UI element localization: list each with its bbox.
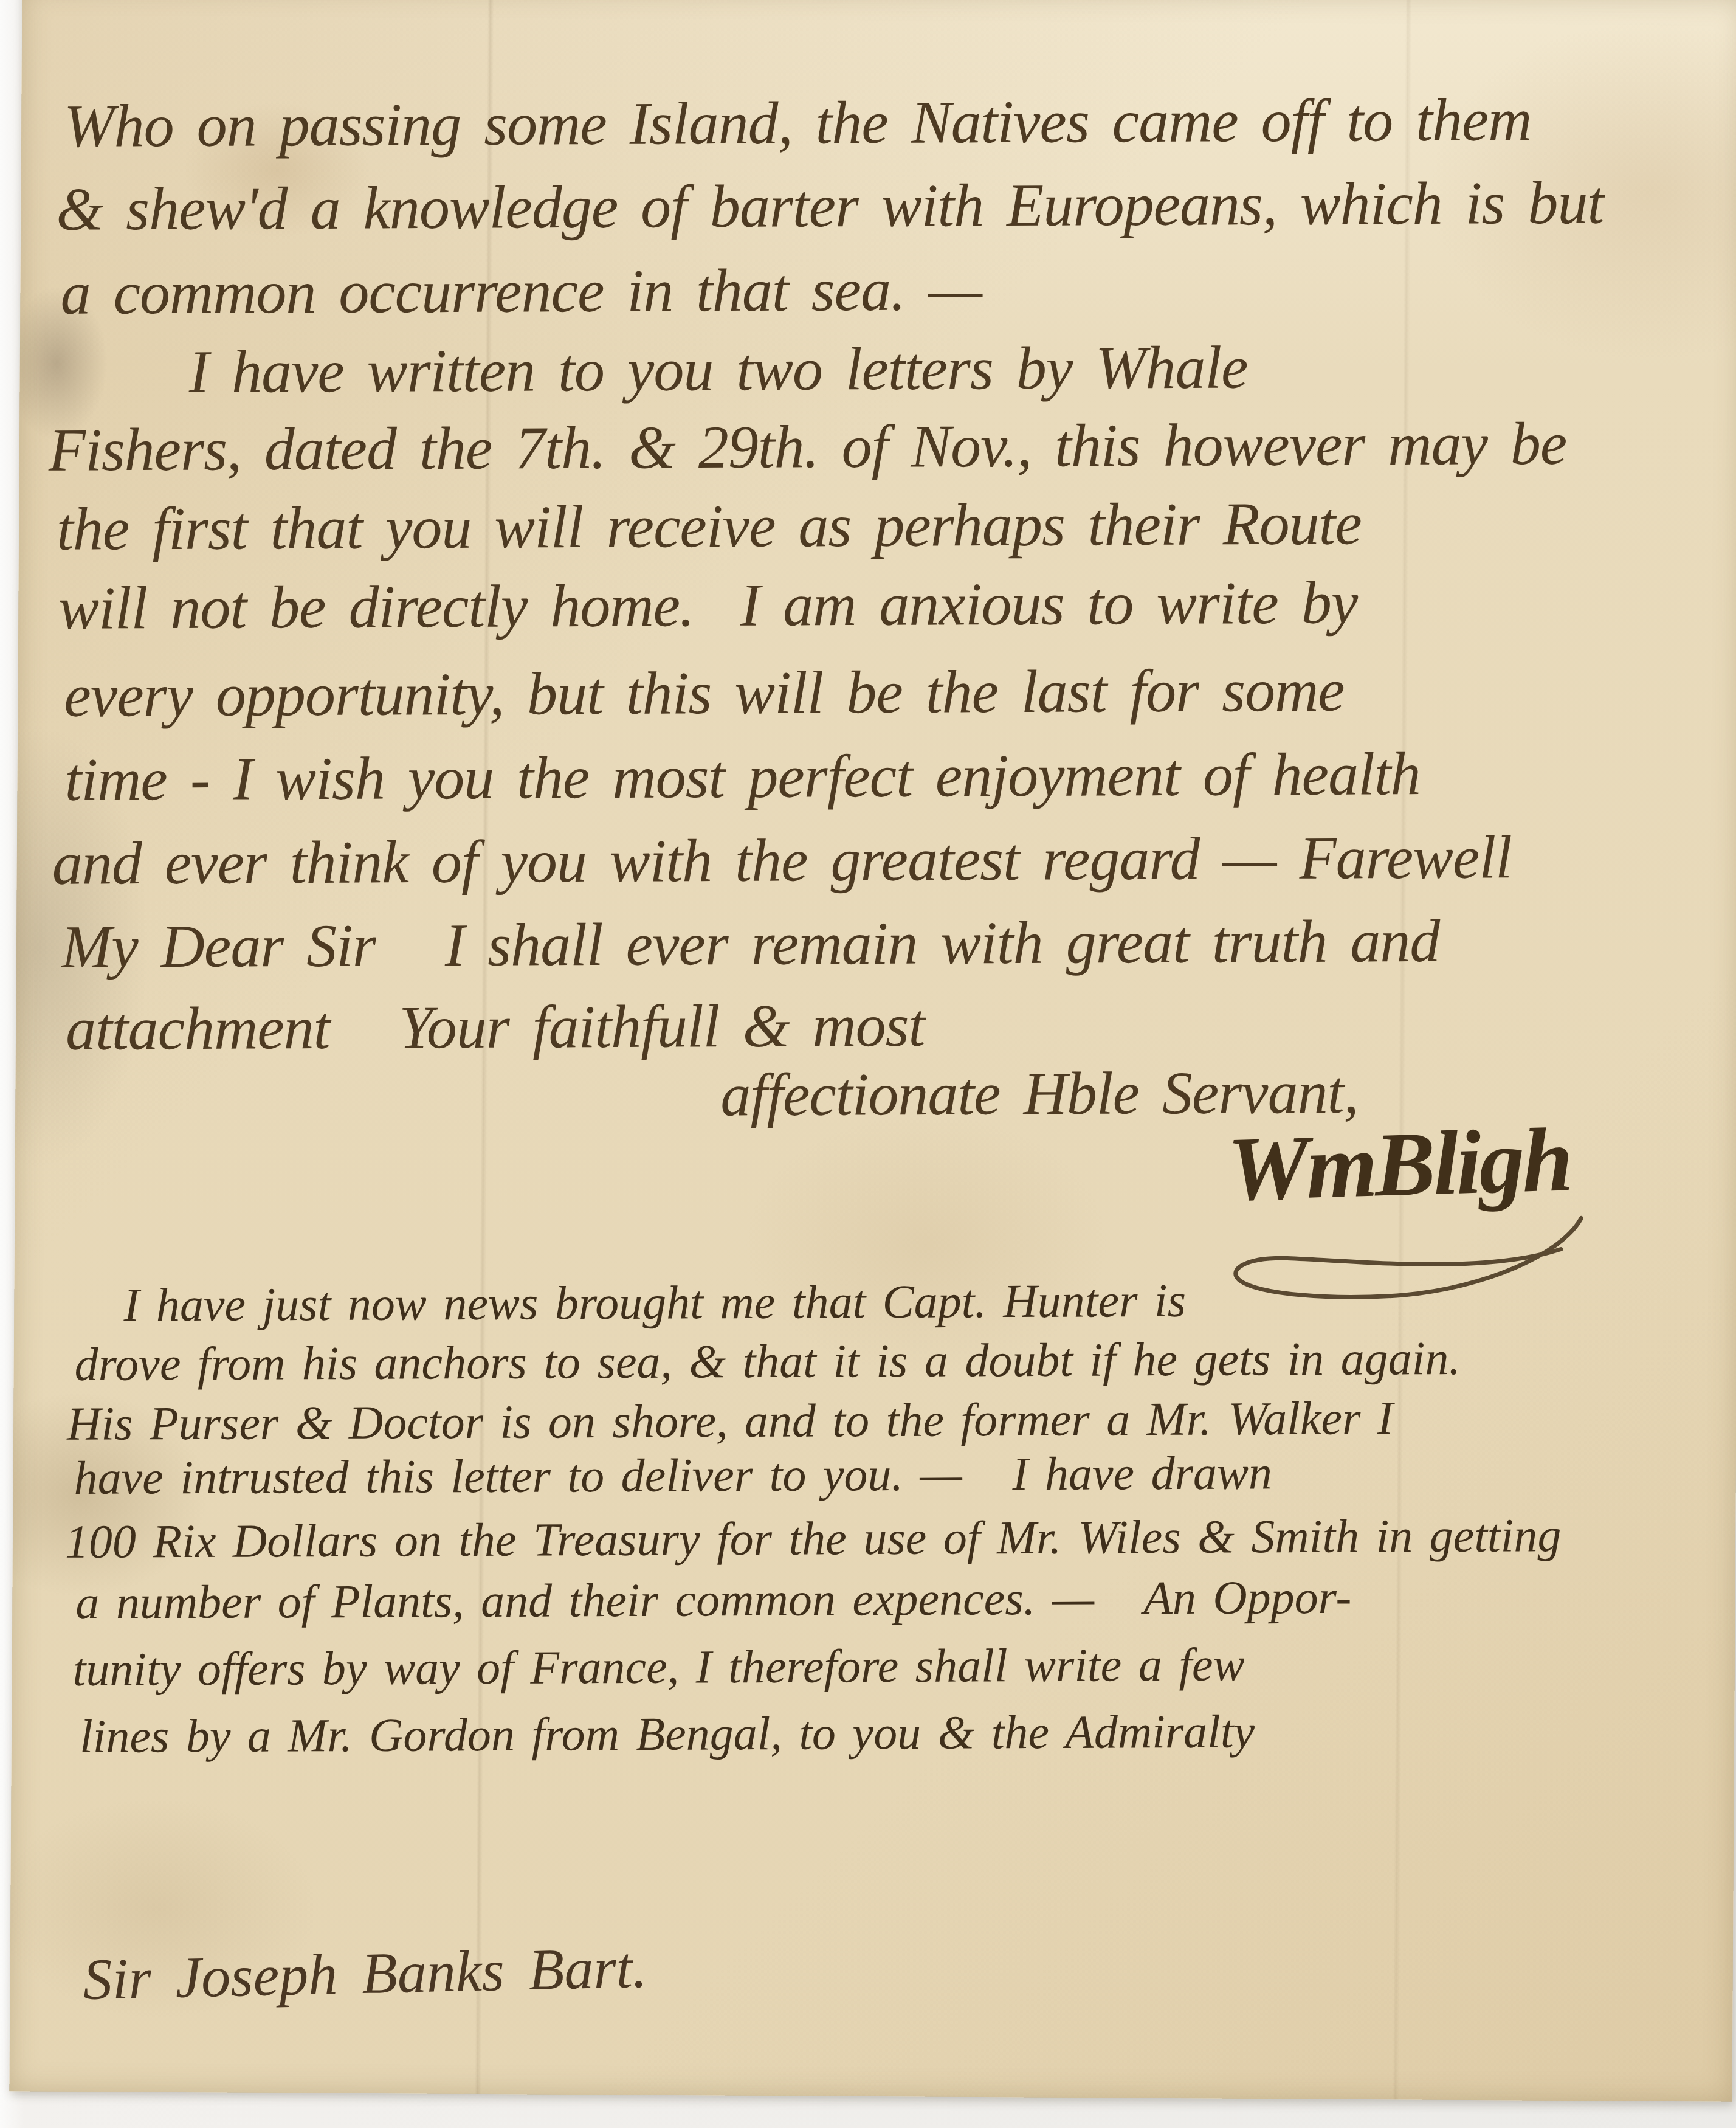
manuscript-line: the first that you will receive as perha… bbox=[57, 490, 1362, 562]
manuscript-line: time - I wish you the most perfect enjoy… bbox=[64, 741, 1420, 814]
manuscript-line: Who on passing some Island, the Natives … bbox=[64, 86, 1532, 160]
manuscript-line: a common occurrence in that sea. — bbox=[60, 256, 982, 327]
manuscript-line: My Dear Sir I shall ever remain with gre… bbox=[61, 908, 1440, 981]
signature-flourish bbox=[1219, 1211, 1611, 1325]
manuscript-line: Fishers, dated the 7th. & 29th. of Nov.,… bbox=[49, 410, 1567, 484]
postscript-line: drove from his anchors to sea, & that it… bbox=[75, 1332, 1461, 1390]
address-line: Sir Joseph Banks Bart. bbox=[82, 1935, 647, 2012]
manuscript-line: every opportunity, but this will be the … bbox=[64, 657, 1345, 730]
manuscript-line: will not be directly home. I am anxious … bbox=[58, 569, 1357, 641]
postscript-line: 100 Rix Dollars on the Treasury for the … bbox=[65, 1509, 1562, 1568]
postscript-line: a number of Plants, and their common exp… bbox=[75, 1571, 1351, 1629]
postscript-line: I have just now news brought me that Cap… bbox=[123, 1274, 1186, 1331]
postscript-line: have intrusted this letter to deliver to… bbox=[74, 1446, 1272, 1504]
manuscript-line: & shew'd a knowledge of barter with Euro… bbox=[56, 170, 1603, 243]
postscript-line: lines by a Mr. Gordon from Bengal, to yo… bbox=[80, 1705, 1255, 1763]
signature: WmBligh bbox=[1226, 1110, 1571, 1220]
scan-background: Who on passing some Island, the Natives … bbox=[0, 0, 1736, 2128]
manuscript-line: attachment Your faithfull & most bbox=[66, 992, 925, 1063]
postscript-line: tunity offers by way of France, I theref… bbox=[73, 1639, 1245, 1696]
postscript-line: His Purser & Doctor is on shore, and to … bbox=[67, 1392, 1393, 1449]
manuscript-line: I have written to you two letters by Wha… bbox=[188, 334, 1247, 406]
letter-page: Who on passing some Island, the Natives … bbox=[9, 0, 1736, 2102]
manuscript-line: and ever think of you with the greatest … bbox=[52, 824, 1512, 897]
